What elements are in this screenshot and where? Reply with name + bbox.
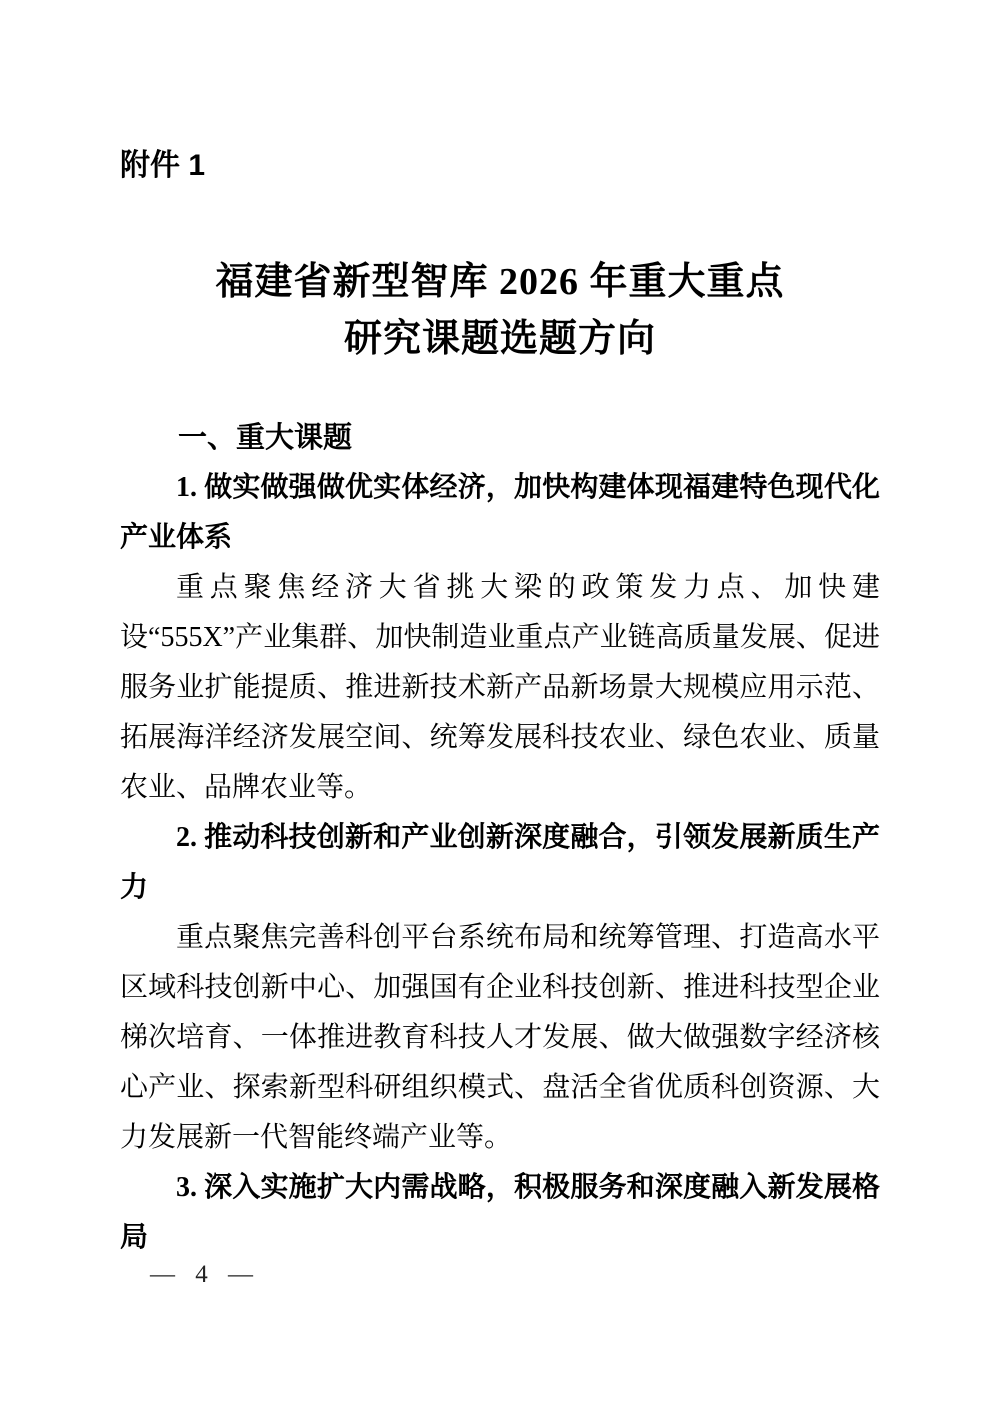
topic-1-heading: 1. 做实做强做优实体经济，加快构建体现福建特色现代化产业体系 <box>120 463 880 563</box>
document-title-line2: 研究课题选题方向 <box>120 311 880 368</box>
document-page: 附件 1 福建省新型智库 2026 年重大重点 研究课题选题方向 一、重大课题 … <box>0 0 1000 1414</box>
topic-1-body: 重点聚焦经济大省挑大梁的政策发力点、加快建设“555X”产业集群、加快制造业重点… <box>120 563 880 813</box>
section-heading-major-topics: 一、重大课题 <box>120 413 880 463</box>
topic-3-heading: 3. 深入实施扩大内需战略，积极服务和深度融入新发展格局 <box>120 1163 880 1263</box>
attachment-label: 附件 1 <box>120 148 880 184</box>
document-title-line1: 福建省新型智库 2026 年重大重点 <box>120 254 880 311</box>
document-body: 一、重大课题 1. 做实做强做优实体经济，加快构建体现福建特色现代化产业体系 重… <box>120 413 880 1263</box>
topic-2-body: 重点聚焦完善科创平台系统布局和统筹管理、打造高水平区域科技创新中心、加强国有企业… <box>120 913 880 1163</box>
topic-2-heading: 2. 推动科技创新和产业创新深度融合，引领发展新质生产力 <box>120 813 880 913</box>
page-number: — 4 — <box>150 1260 253 1290</box>
document-title: 福建省新型智库 2026 年重大重点 研究课题选题方向 <box>120 254 880 368</box>
